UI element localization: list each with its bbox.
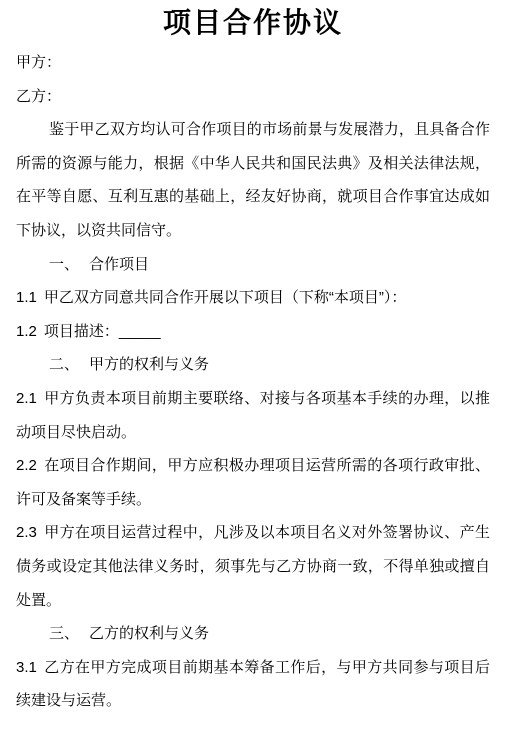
- clause-text: 甲方负责本项目前期主要联络、对接与各项基本手续的办理，以推动项目尽快启动。: [16, 390, 490, 441]
- clause-3-1: 3.1乙方在甲方完成项目前期基本筹备工作后，与甲方共同参与项目后续建设与运营。: [16, 651, 490, 718]
- section-title: 甲方的权利与义务: [89, 356, 209, 373]
- clause-2-1: 2.1甲方负责本项目前期主要联络、对接与各项基本手续的办理，以推动项目尽快启动。: [16, 382, 490, 449]
- clause-number: 2.3: [16, 524, 37, 541]
- party-a-line: 甲方：: [16, 46, 490, 80]
- party-b-line: 乙方：: [16, 80, 490, 114]
- section-heading-1: 一、合作项目: [16, 248, 490, 282]
- clause-text: 项目描述：_____: [44, 323, 161, 340]
- clause-2-2: 2.2在项目合作期间，甲方应积极办理项目运营所需的各项行政审批、许可及备案等手续…: [16, 449, 490, 516]
- preamble-paragraph: 鉴于甲乙双方均认可合作项目的市场前景与发展潜力，且具备合作所需的资源与能力，根据…: [16, 113, 490, 247]
- clause-2-3: 2.3甲方在项目运营过程中，凡涉及以本项目名义对外签署协议、产生债务或设定其他法…: [16, 516, 490, 617]
- clause-text: 甲乙双方同意共同合作开展以下项目（下称“本项目”）：: [44, 289, 407, 306]
- section-title: 乙方的权利与义务: [89, 625, 209, 642]
- clause-1-1: 1.1甲乙双方同意共同合作开展以下项目（下称“本项目”）：: [16, 281, 490, 315]
- clause-number: 3.1: [16, 659, 37, 676]
- document-title: 项目合作协议: [0, 0, 506, 42]
- clause-number: 2.2: [16, 457, 37, 474]
- clause-text: 乙方在甲方完成项目前期基本筹备工作后，与甲方共同参与项目后续建设与运营。: [16, 659, 490, 710]
- clause-text: 甲方在项目运营过程中，凡涉及以本项目名义对外签署协议、产生债务或设定其他法律义务…: [16, 524, 490, 608]
- section-number: 一、: [49, 256, 79, 273]
- clause-1-2: 1.2项目描述：_____: [16, 315, 490, 349]
- section-title: 合作项目: [89, 256, 149, 273]
- document-body: 甲方： 乙方： 鉴于甲乙双方均认可合作项目的市场前景与发展潜力，且具备合作所需的…: [16, 46, 490, 718]
- clause-number: 1.1: [16, 289, 37, 306]
- clause-number: 2.1: [16, 390, 37, 407]
- section-heading-2: 二、甲方的权利与义务: [16, 348, 490, 382]
- clause-number: 1.2: [16, 323, 37, 340]
- clause-text: 在项目合作期间，甲方应积极办理项目运营所需的各项行政审批、许可及备案等手续。: [16, 457, 490, 508]
- document-page: 项目合作协议 甲方： 乙方： 鉴于甲乙双方均认可合作项目的市场前景与发展潜力，且…: [0, 0, 506, 741]
- section-number: 二、: [49, 356, 79, 373]
- section-number: 三、: [49, 625, 79, 642]
- section-heading-3: 三、乙方的权利与义务: [16, 617, 490, 651]
